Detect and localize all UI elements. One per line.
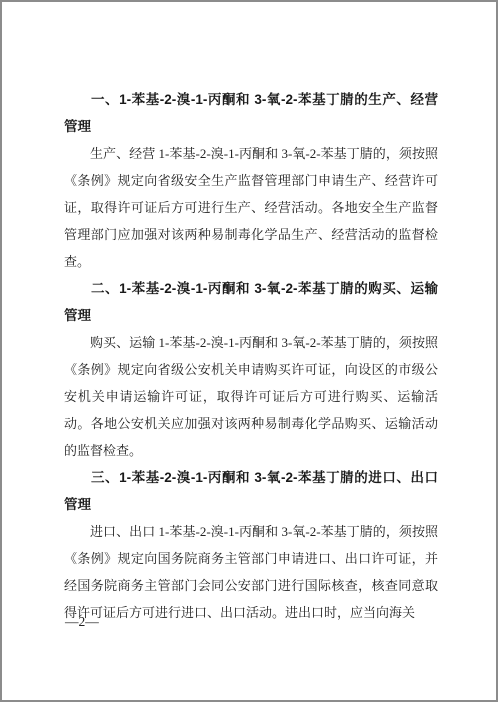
section-2-heading: 二、1-苯基-2-溴-1-丙酮和 3-氧-2-苯基丁腈的购买、运输管理 (64, 275, 438, 329)
page-number: —2— (65, 614, 99, 630)
section-purchase-transport-management: 二、1-苯基-2-溴-1-丙酮和 3-氧-2-苯基丁腈的购买、运输管理 购买、运… (64, 275, 438, 464)
section-import-export-management: 三、1-苯基-2-溴-1-丙酮和 3-氧-2-苯基丁腈的进口、出口管理 进口、出… (64, 464, 438, 626)
section-production-management: 一、1-苯基-2-溴-1-丙酮和 3-氧-2-苯基丁腈的生产、经营管理 生产、经… (64, 86, 438, 275)
document-content: 一、1-苯基-2-溴-1-丙酮和 3-氧-2-苯基丁腈的生产、经营管理 生产、经… (64, 86, 438, 626)
section-1-heading: 一、1-苯基-2-溴-1-丙酮和 3-氧-2-苯基丁腈的生产、经营管理 (64, 86, 438, 140)
document-page: 一、1-苯基-2-溴-1-丙酮和 3-氧-2-苯基丁腈的生产、经营管理 生产、经… (0, 0, 498, 702)
section-3-heading: 三、1-苯基-2-溴-1-丙酮和 3-氧-2-苯基丁腈的进口、出口管理 (64, 464, 438, 518)
section-2-paragraph: 购买、运输 1-苯基-2-溴-1-丙酮和 3-氧-2-苯基丁腈的，须按照《条例》… (64, 329, 438, 464)
section-3-paragraph: 进口、出口 1-苯基-2-溴-1-丙酮和 3-氧-2-苯基丁腈的，须按照《条例》… (64, 518, 438, 626)
section-1-paragraph: 生产、经营 1-苯基-2-溴-1-丙酮和 3-氧-2-苯基丁腈的，须按照《条例》… (64, 140, 438, 275)
